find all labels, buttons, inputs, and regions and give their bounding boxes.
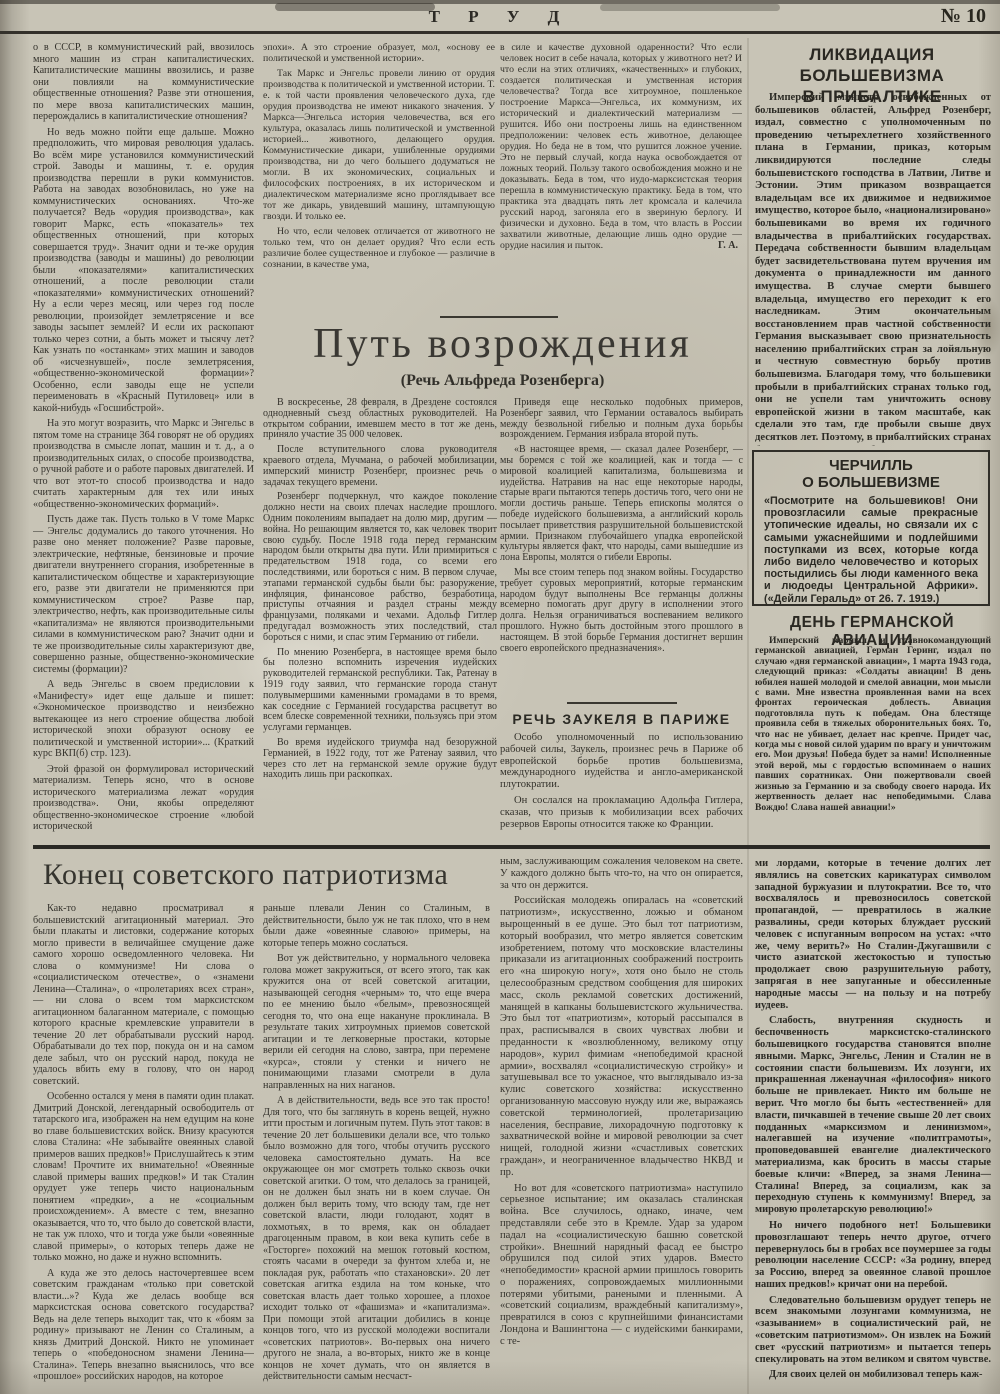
patriotism-headline: Конец советского патриотизма [43, 858, 503, 892]
churchill-headline-line2: О БОЛЬШЕВИЗМЕ [764, 474, 978, 491]
paragraph: раньше плевали Ленин со Сталиным, в дейс… [263, 903, 490, 949]
aviation-article: Имперский маршал и главнокомандующий гер… [755, 636, 991, 840]
paragraph: В воскресенье, 28 февраля, в Дрездене со… [263, 398, 497, 441]
rebirth-column-right: Приведя еще несколько подобных примеров,… [500, 398, 743, 696]
paragraph: Розенберг подчеркнул, что каждое поколен… [263, 492, 497, 643]
paragraph: Он сослался на прокламацию Адольфа Гитле… [500, 795, 743, 830]
rebirth-subtitle: (Речь Альфреда Розенберга) [263, 372, 742, 390]
sauckel-article: Особо уполномоченный по использованию ра… [500, 732, 743, 844]
churchill-quote-text: «Посмотрите на большевиков! Они провозгл… [764, 495, 978, 605]
issue-number: № 10 [941, 5, 986, 28]
paragraph: Пусть даже так. Пусть только в V томе Ма… [33, 514, 254, 675]
paragraph: Особо уполномоченный по использованию ра… [500, 732, 743, 791]
newspaper-page: Т Р У Д № 10 о в СССР, в коммунистически… [0, 0, 1000, 1394]
paragraph: «В настоящее время, — сказал далее Розен… [500, 445, 743, 564]
paragraph: Особенно остался у меня в памяти один пл… [33, 1091, 254, 1264]
middle-article-text: в силе и качестве духовной одаренности? … [500, 42, 742, 251]
patriotism-column-4: ми лордами, которые в течение долгих лет… [755, 858, 991, 1394]
patriotism-column-2: раньше плевали Ленин со Сталиным, в дейс… [263, 903, 490, 1394]
paragraph: После вступительного слова руководителя … [263, 445, 497, 488]
paragraph: А ведь Энгельс в своем предисловии к «Ма… [33, 679, 254, 760]
patriotism-column-3: ным, заслуживающим сожаления человеком н… [500, 856, 743, 1394]
paragraph: А в действительности, ведь все это так п… [263, 1095, 490, 1383]
patriotism-column-1: Как-то недавно просматривал я большевист… [33, 903, 254, 1394]
page-top-edge [0, 0, 1000, 4]
rebirth-headline: Путь возрождения [263, 322, 742, 366]
paragraph: Но вот для «советского патриотизма» наст… [500, 1183, 743, 1348]
paragraph: Вот уж действительно, у нормального чело… [263, 953, 490, 1091]
section-rule [33, 845, 990, 849]
paper-crease [747, 38, 749, 1394]
paragraph: А куда же это делось насточертевшее всем… [33, 1268, 254, 1383]
paragraph: По мнению Розенберга, в настоящее время … [263, 648, 497, 734]
churchill-quote-box: ЧЕРЧИЛЛЬ О БОЛЬШЕВИЗМЕ «Посмотрите на бо… [752, 450, 990, 606]
paragraph: в силе и качестве духовной одаренности? … [500, 42, 742, 251]
left-article-column: о в СССР, в коммунистический рай, ввозил… [33, 42, 254, 842]
paragraph: ми лордами, которые в течение долгих лет… [755, 858, 991, 1011]
churchill-headline: ЧЕРЧИЛЛЬ О БОЛЬШЕВИЗМЕ [764, 457, 978, 491]
paragraph: ным, заслуживающим сожаления человеком н… [500, 856, 743, 891]
paragraph: Мы все стоим теперь под знаком войны. Го… [500, 568, 743, 654]
churchill-headline-line1: ЧЕРЧИЛЛЬ [764, 457, 978, 474]
paragraph: Слабость, внутренняя скудность и беспочв… [755, 1015, 991, 1216]
paragraph: Но ведь можно пойти еще дальше. Можно пр… [33, 127, 254, 415]
paragraph: Так Маркс и Энгельс провели линию от ору… [263, 68, 495, 222]
paragraph: Приведя еще несколько подобных примеров,… [500, 398, 743, 441]
section-divider [440, 316, 558, 318]
sauckel-headline: РЕЧЬ ЗАУКЕЛЯ В ПАРИЖЕ [500, 711, 743, 727]
paragraph: Для своих целей он мобилизовал теперь ка… [755, 1369, 991, 1381]
paragraph: Имперский министр освобожденных от больш… [755, 92, 991, 446]
paragraph: Имперский маршал и главнокомандующий гер… [755, 636, 991, 813]
paragraph: На это могут возразить, что Маркс и Энге… [33, 418, 254, 510]
paragraph: Но что, если человек отличается от живот… [263, 226, 495, 270]
baltic-article: Имперский министр освобожденных от больш… [755, 92, 991, 446]
paragraph: Как-то недавно просматривал я большевист… [33, 903, 254, 1087]
paragraph: о в СССР, в коммунистический рай, ввозил… [33, 42, 254, 123]
section-divider [567, 702, 677, 704]
masthead-title: Т Р У Д [0, 7, 1000, 27]
masthead-rule [0, 31, 1000, 34]
paragraph: Во время иудейского триумфа над безоружн… [263, 738, 497, 781]
paragraph: Следовательно большевизм орудует теперь … [755, 1295, 991, 1366]
middle-article-column-right: в силе и качестве духовной одаренности? … [500, 42, 742, 308]
middle-article-column-left: эпохи». А это строение образует, мол, «о… [263, 42, 495, 308]
paragraph: Российская молодежь опиралась на «советс… [500, 895, 743, 1178]
paragraph: Но ничего подобного нет! Большевики пров… [755, 1220, 991, 1291]
paragraph: Этой фразой он формулировал исторический… [33, 764, 254, 833]
baltic-headline-line1: ЛИКВИДАЦИЯ БОЛЬШЕВИЗМА [752, 44, 992, 86]
rebirth-column-left: В воскресенье, 28 февраля, в Дрездене со… [263, 398, 497, 844]
paragraph: эпохи». А это строение образует, мол, «о… [263, 42, 495, 64]
